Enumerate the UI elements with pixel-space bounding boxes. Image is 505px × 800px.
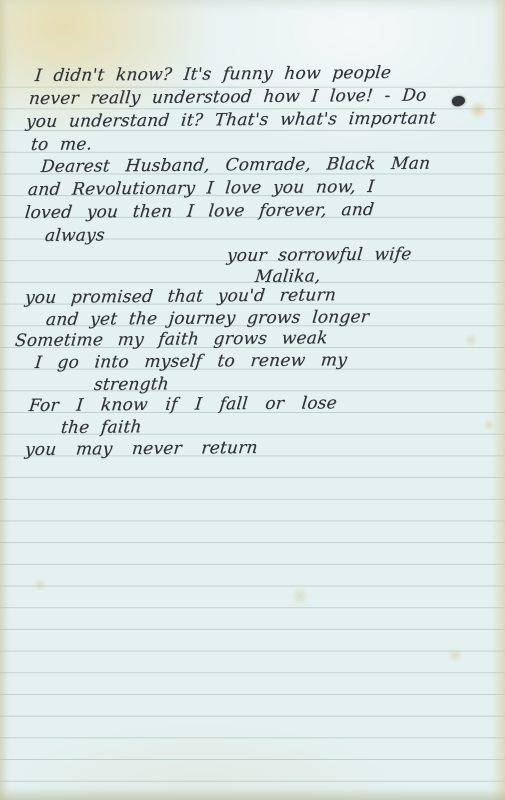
poem-line: and yet the journey grows longer xyxy=(45,307,370,330)
poem-line: strength xyxy=(93,374,170,395)
poem-line: the faith xyxy=(60,417,143,438)
letter-line: and Revolutionary I love you now, I xyxy=(27,177,375,200)
letter-line: you understand it? That's what's importa… xyxy=(25,108,437,132)
poem-line: Sometime my faith grows weak xyxy=(14,328,329,351)
poem-line: you may never return xyxy=(24,438,259,460)
poem-line: I go into myself to renew my xyxy=(34,350,348,373)
letter-line: to me. xyxy=(30,134,93,155)
poem-line: you promised that you'd return xyxy=(24,285,337,308)
paper-stain-top-left xyxy=(0,0,220,140)
paper-edge-bottom xyxy=(0,788,505,800)
ink-blot xyxy=(451,95,466,107)
signature-malika: Malika, xyxy=(254,266,322,287)
poem-line: For I know if I fall or lose xyxy=(28,393,338,416)
paper-specks xyxy=(0,0,505,800)
paper-edge-left xyxy=(0,0,8,800)
letter-line: always xyxy=(44,225,106,246)
letter-page: I didn't know? It's funny how people nev… xyxy=(0,0,505,800)
letter-line: I didn't know? It's funny how people xyxy=(34,63,392,86)
letter-line: loved you then I love forever, and xyxy=(24,200,375,223)
paper-edge-right xyxy=(491,0,505,800)
ruled-lines xyxy=(0,66,505,800)
letter-line: never really understood how I love! - Do xyxy=(28,86,427,109)
signoff-line: your sorrowful wife xyxy=(226,244,412,266)
letter-line-salutation: Dearest Husband, Comrade, Black Man xyxy=(40,154,431,177)
